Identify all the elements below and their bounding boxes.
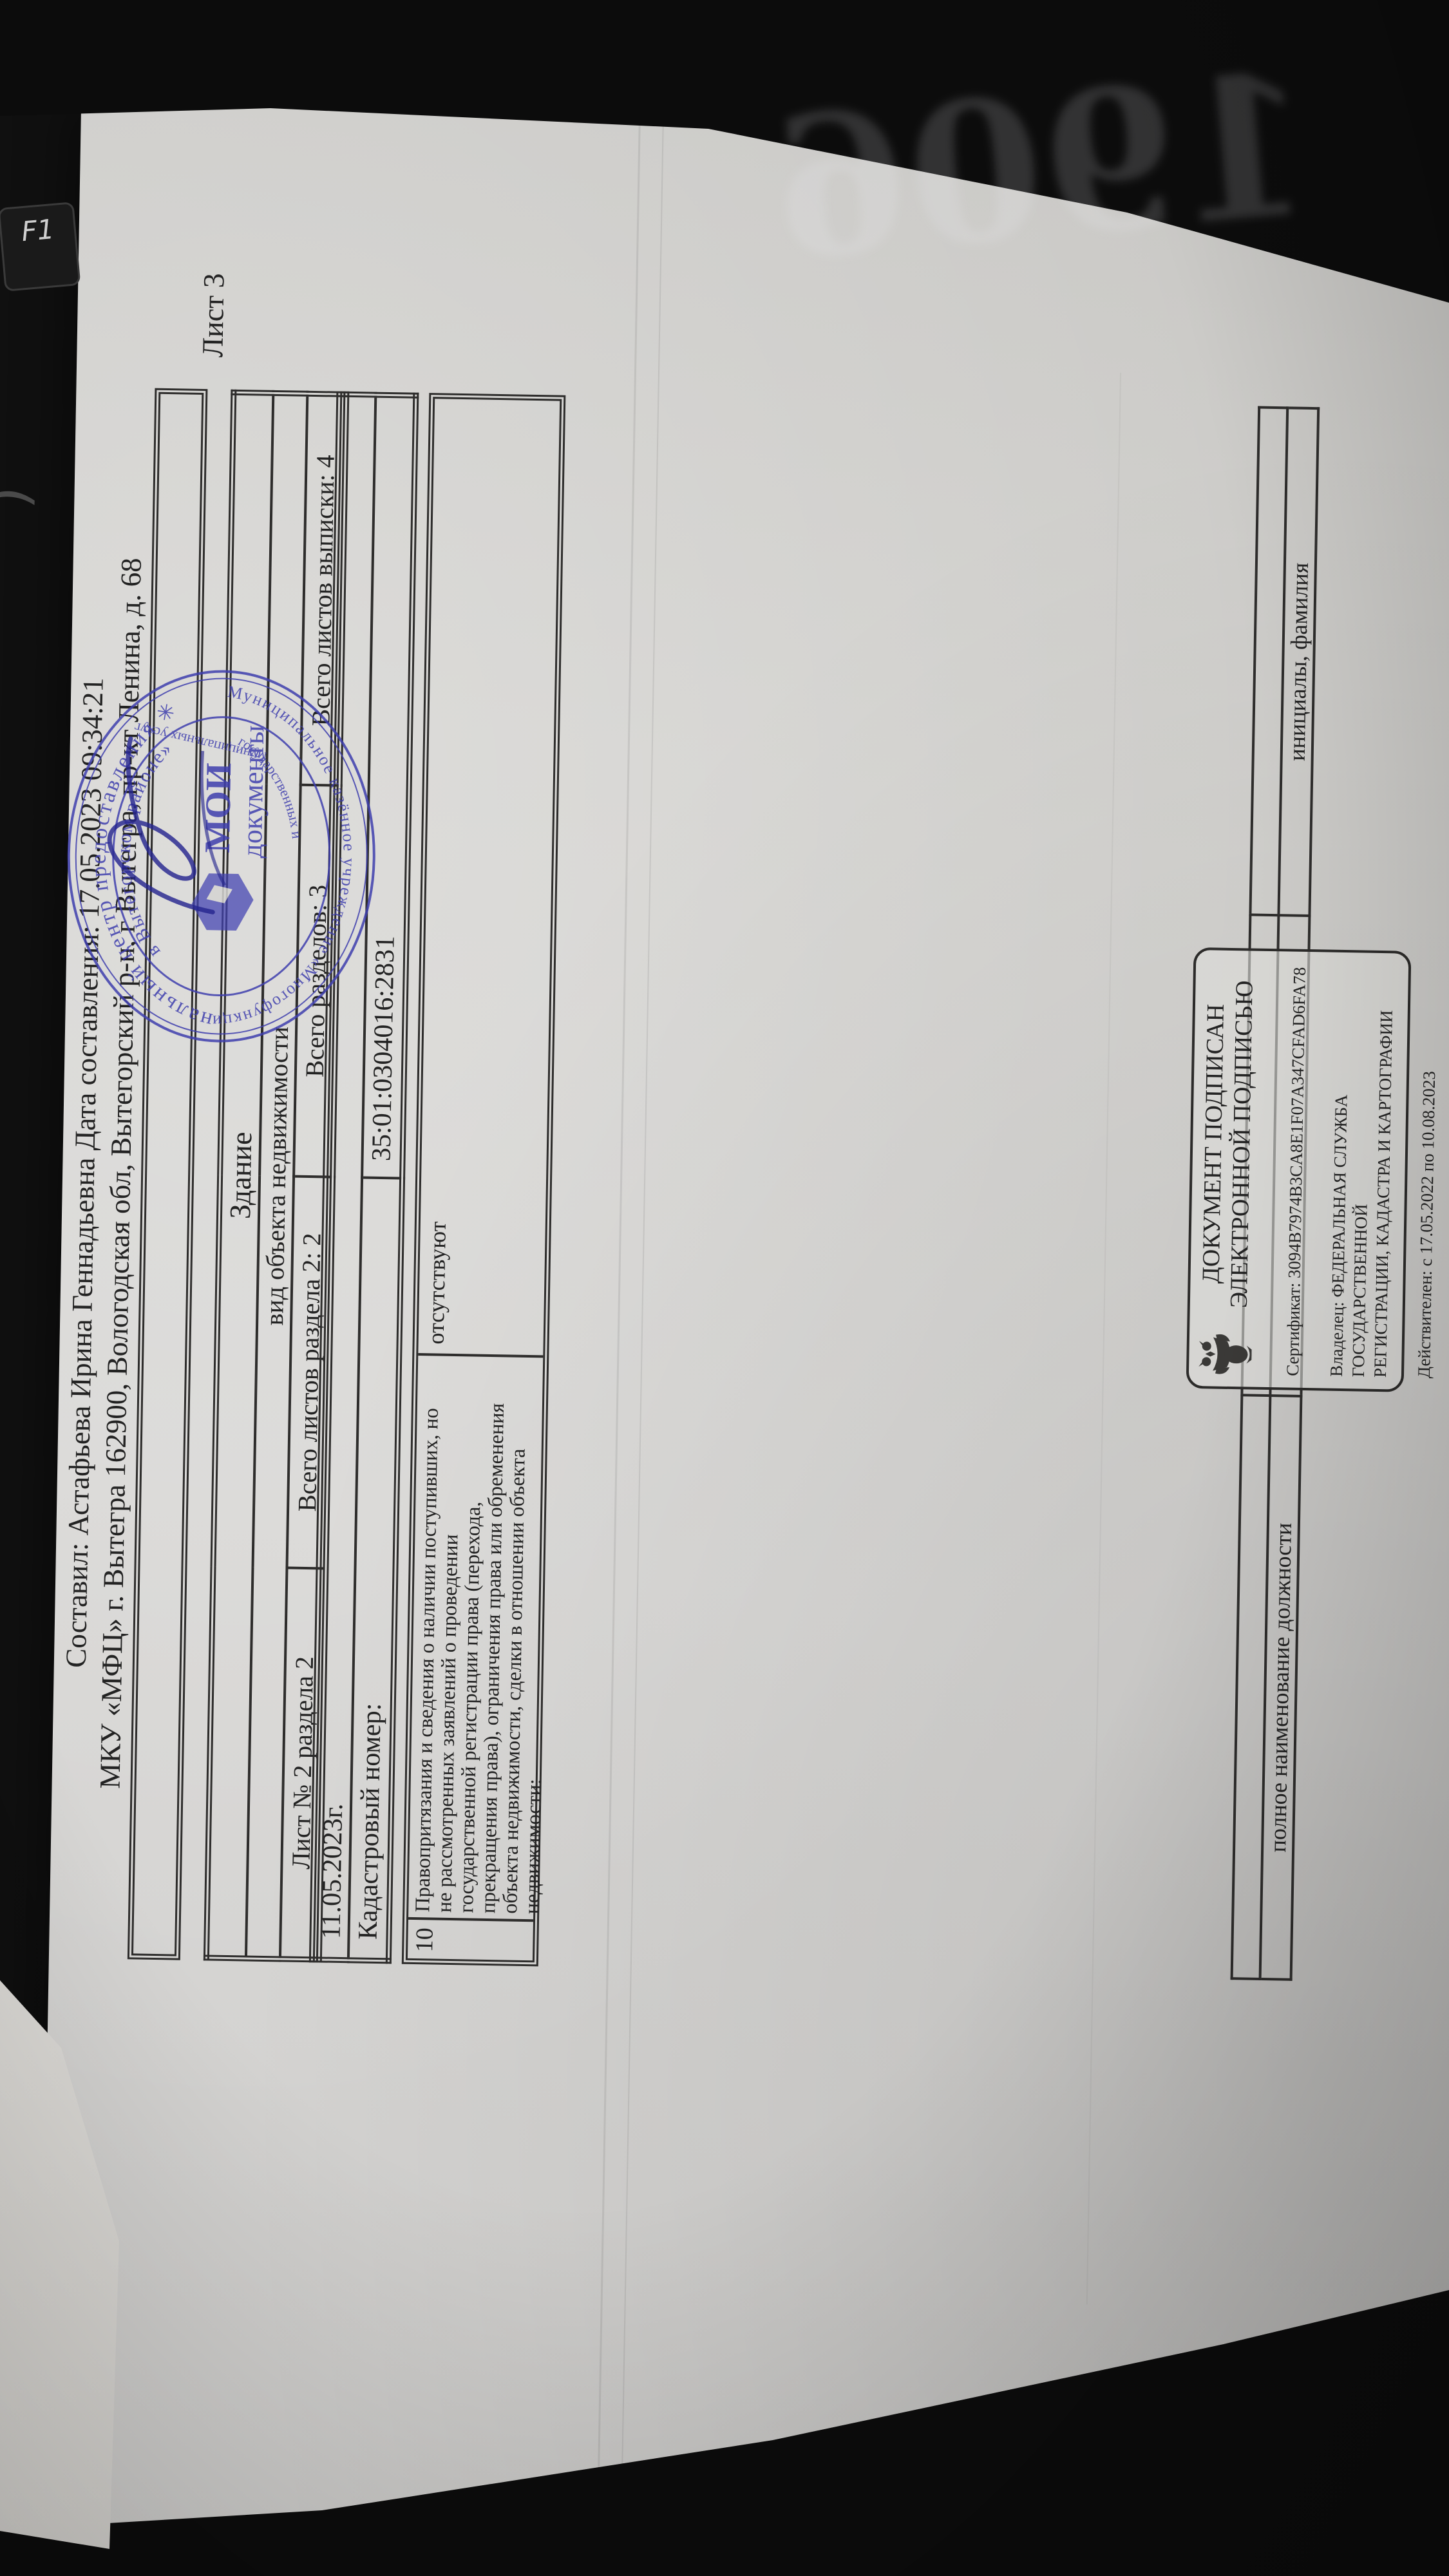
esignature-header: ДОКУМЕНТ ПОДПИСАН ЭЛЕКТРОННОЙ ПОДПИСЬЮ xyxy=(1195,961,1259,1375)
keyboard-key-glyph: ) xyxy=(0,485,42,510)
esig-owner: Владелец: ФЕДЕРАЛЬНАЯ СЛУЖБА ГОСУДАРСТВЕ… xyxy=(1325,964,1398,1378)
esig-title-line2: ЭЛЕКТРОННОЙ ПОДПИСЬЮ xyxy=(1224,962,1259,1327)
claims-row: 10 Правопритязания и сведения о наличии … xyxy=(402,393,566,1966)
esignature-details: Сертификат: 3094B7974B3CA8E1F07A347CFAD6… xyxy=(1260,963,1449,1379)
document-paper: Составил: Астафьева Ирина Геннадьевна Да… xyxy=(39,104,1449,2570)
coat-of-arms-icon xyxy=(1196,1333,1252,1375)
photo-of-document: Составил: Астафьева Ирина Геннадьевна Да… xyxy=(0,0,1449,2576)
esignature-title: ДОКУМЕНТ ПОДПИСАН ЭЛЕКТРОННОЙ ПОДПИСЬЮ xyxy=(1196,961,1259,1326)
esignature-box: ДОКУМЕНТ ПОДПИСАН ЭЛЕКТРОННОЙ ПОДПИСЬЮ С… xyxy=(1186,947,1412,1392)
esig-validity: Действителен: с 17.05.2022 по 10.08.2023 xyxy=(1413,965,1442,1378)
handwritten-signature xyxy=(77,728,274,925)
light-reflection-1906: 1906 xyxy=(800,30,1325,350)
keyboard-f1-key: F1 xyxy=(0,202,80,292)
row-number: 10 xyxy=(408,1917,533,1960)
esig-certificate: Сертификат: 3094B7974B3CA8E1F07A347CFAD6… xyxy=(1282,963,1311,1376)
claims-label: Правопритязания и сведения о наличии пос… xyxy=(408,1353,543,1919)
f1-key-label: F1 xyxy=(20,213,55,247)
claims-value: отсутствуют xyxy=(418,399,560,1355)
